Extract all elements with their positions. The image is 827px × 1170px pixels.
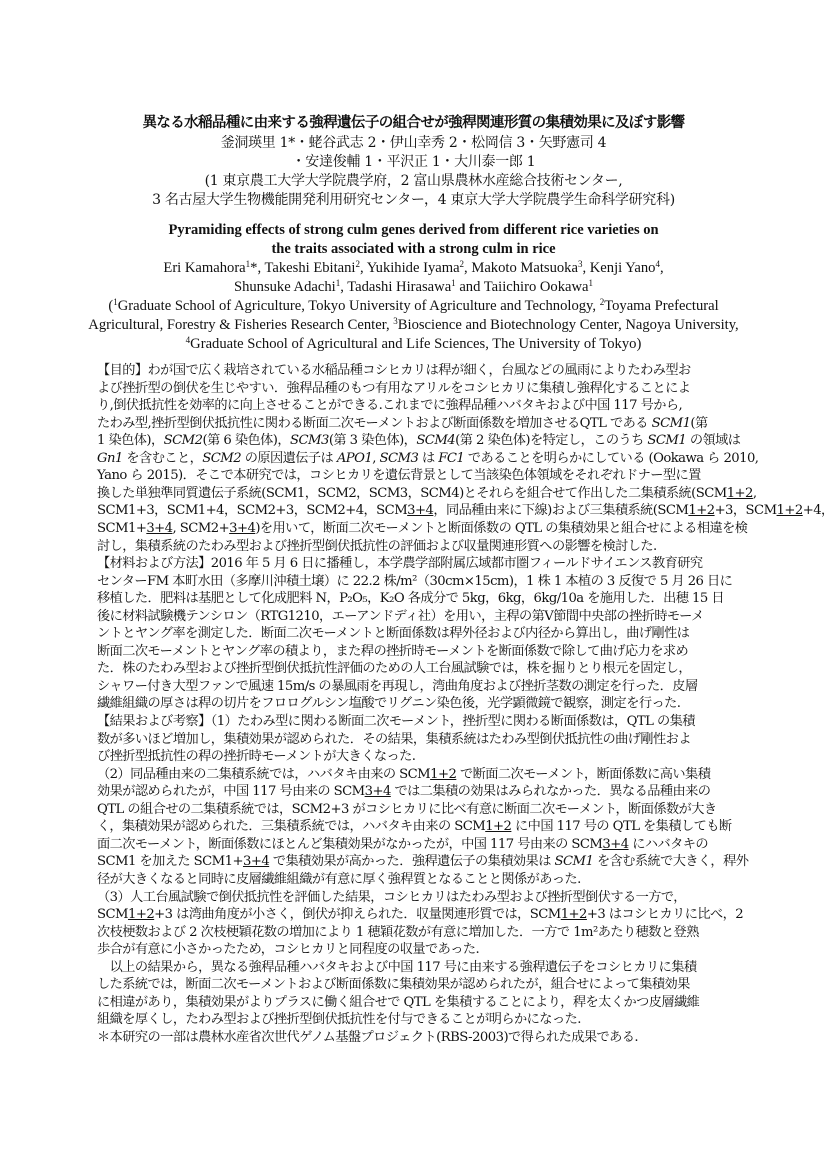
body-text-line: 【結果および考察】（1）たわみ型に関わる断面二次モーメント，挫折型に関わる断面係… (97, 713, 737, 730)
body-text-line: 断面二次モーメントとヤング率の積より，また稈の挫折時モーメントを断面係数で除して… (97, 643, 737, 660)
gene-name-italic: SCM2 (202, 451, 241, 466)
text-segment: 換した単独準同質遺伝子系統(SCM1，SCM2，SCM3，SCM4)とそれらを組… (97, 486, 727, 501)
gene-name-italic: SCM1 (652, 416, 691, 431)
text-segment: を含むこと， (123, 451, 202, 466)
gene-name-italic: SCM2 (164, 433, 203, 448)
text-segment: 討し，集積系統のたわみ型および挫折型倒伏抵抗性の評価および収量関連形質への影響を… (97, 539, 657, 554)
body-text-line: SCM1 を加えた SCM1+3+4 で集積効果が高かった．強稈遺伝子の集積効果… (97, 853, 737, 870)
body-text-line: 次枝梗数および 2 次枝梗穎花数の増加により 1 穂穎花数が有意に増加した．一方… (97, 924, 737, 941)
text-segment: 断面二次モーメントとヤング率の積より，また稈の挫折時モーメントを断面係数で除して… (97, 644, 688, 659)
english-title-line-1: Pyramiding effects of strong culm genes … (0, 222, 827, 239)
text-segment: センターFM 本町水田（多摩川沖積土壌）に 22.2 株/m²（30cm×15c… (97, 574, 732, 589)
text-segment: Toyama Prefectural (604, 298, 718, 314)
body-text-line: 以上の結果から，異なる強稈品種ハバタキおよび中国 117 号に由来する強稈遺伝子… (97, 959, 737, 976)
text-segment: であることを明らかにしている (Ookawa ら 2010, (464, 451, 758, 466)
english-title-line-2: the traits associated with a strong culm… (0, 241, 827, 258)
text-segment: (第 2 染色体)を特定し，このうち (455, 433, 647, 448)
text-segment: 1 染色体)， (97, 433, 164, 448)
text-segment: 次枝梗数および 2 次枝梗穎花数の増加により 1 穂穎花数が有意に増加した．一方… (97, 925, 699, 940)
body-text-line: 面二次モーメント，断面係数にほとんど集積効果がなかったが，中国 117 号由来の… (97, 836, 737, 853)
body-text-line: Gn1 を含むこと，SCM2 の原因遺伝子は APO1, SCM3 は FC1 … (97, 450, 737, 467)
underlined-text: 3+4 (146, 521, 172, 536)
underlined-text: 3+4 (602, 837, 628, 852)
body-text-line: （3）人工台風試験で倒伏抵抗性を評価した結果，コシヒカリはたわみ型および挫折型倒… (97, 889, 737, 906)
body-text-line: SCM1+3+4, SCM2+3+4)を用いて，断面二次モーメントと断面係数の … (97, 520, 737, 537)
underlined-text: 1+2 (727, 486, 753, 501)
text-segment: で集積効果が高かった．強稈遺伝子の集積効果は (269, 854, 554, 869)
text-segment: +3 はコシヒカリに比べ，2 (587, 907, 743, 922)
body-text-line: 後に材料試験機テンシロン（RTG1210，エーアンドディ社）を用い，主稈の第Ⅴ節… (97, 608, 737, 625)
text-segment: た．株のたわみ型および挫折型倒伏抵抗性評価のための人工台風試験では，株を掘りとり… (97, 661, 691, 676)
body-text-line: 討し，集積系統のたわみ型および挫折型倒伏抵抗性の評価および収量関連形質への影響を… (97, 538, 737, 555)
text-segment: Bioscience and Biotechnology Center, Nag… (398, 317, 739, 333)
body-text-line: 【材料および方法】2016 年 5 月 6 日に播種し，本学農学部附属広域都市圏… (97, 555, 737, 572)
text-segment: SCM1+3，SCM1+4，SCM2+3，SCM2+4，SCM (97, 503, 407, 518)
body-text-line: ＊本研究の一部は農林水産省次世代ゲノム基盤プロジェクト(RBS-2003)で得ら… (97, 1029, 737, 1046)
body-text-line: （2）同品種由来の二集積系統では，ハバタキ由来の SCM1+2 で断面二次モーメ… (97, 766, 737, 783)
text-segment: (第 (690, 416, 707, 431)
text-segment: （2）同品種由来の二集積系統では，ハバタキ由来の SCM (97, 767, 430, 782)
text-segment: よび挫折型の倒伏を生じやすい．強稈品種のもつ有用なアリルをコシヒカリに集積し強稈… (97, 381, 690, 396)
body-text-line: SCM1+2+3 は湾曲角度が小さく，倒伏が抑えられた．収量関連形質では，SCM… (97, 906, 737, 923)
text-segment: を含む系統で大きく，稈外 (593, 854, 748, 869)
body-text-line: 径が大きくなると同時に皮層繊維組織が有意に厚く強稈質となることと関係があった. (97, 871, 737, 888)
gene-name-italic: Gn1 (97, 451, 123, 466)
english-affiliations-line-1: (1Graduate School of Agriculture, Tokyo … (0, 298, 827, 315)
japanese-authors-line-2: ・安達俊輔 1・平沢正 1・大川泰一郎 1 (0, 151, 827, 171)
english-authors-line-2: Shunsuke Adachi1, Tadashi Hirasawa1 and … (0, 279, 827, 296)
japanese-affiliations-line-2: 3 名古屋大学生物機能開発利用研究センター，4 東京大学大学院農学生命科学研究科… (0, 189, 827, 209)
text-segment: 数が多いほど増加し，集積効果が認められた．その結果，集積系統はたわみ型倒伏抵抗性… (97, 732, 691, 747)
text-segment: SCM (97, 907, 128, 922)
japanese-title: 異なる水稲品種に由来する強稈遺伝子の組合せが強稈関連形質の集積効果に及ぼす影響 (0, 111, 827, 132)
text-segment: , (372, 451, 379, 466)
japanese-authors-line-1: 釜洞瑛里 1*・蛯谷武志 2・伊山幸秀 2・松岡信 3・矢野憲司 4 (0, 132, 827, 152)
text-segment: （3）人工台風試験で倒伏抵抗性を評価した結果，コシヒカリはたわみ型および挫折型倒… (97, 890, 686, 905)
body-text-line: く，集積効果が認められた．三集積系統では，ハバタキ由来の SCM1+2 に中国 … (97, 818, 737, 835)
text-segment: で断面二次モーメント，断面係数に高い集積 (456, 767, 710, 782)
text-segment: 以上の結果から，異なる強稈品種ハバタキおよび中国 117 号に由来する強稈遺伝子… (97, 960, 697, 975)
body-text-line: 移植した．肥料は基肥として化成肥料 N，P₂O₅，K₂O 各成分で 5kg，6k… (97, 590, 737, 607)
text-segment: 径が大きくなると同時に皮層繊維組織が有意に厚く強稈質となることと関係があった. (97, 872, 581, 887)
text-segment: の原因遺伝子は (241, 451, 337, 466)
text-segment: では二集積の効果はみられなかった．異なる品種由来の (391, 784, 711, 799)
text-segment: Graduate School of Agriculture, Tokyo Un… (118, 298, 600, 314)
text-segment: Eri Kamahora (163, 260, 245, 276)
body-text-line: 数が多いほど増加し，集積効果が認められた．その結果，集積系統はたわみ型倒伏抵抗性… (97, 731, 737, 748)
gene-name-italic: SCM4 (416, 433, 455, 448)
underlined-text: 1+2 (485, 819, 511, 834)
text-segment: 後に材料試験機テンシロン（RTG1210，エーアンドディ社）を用い，主稈の第Ⅴ節… (97, 609, 704, 624)
text-segment: , (660, 260, 664, 276)
text-segment: く，集積効果が認められた．三集積系統では，ハバタキ由来の SCM (97, 819, 485, 834)
text-segment: SCM1 を加えた SCM1+ (97, 854, 243, 869)
body-text-line: SCM1+3，SCM1+4，SCM2+3，SCM2+4，SCM3+4，同品種由来… (97, 502, 737, 519)
text-segment: Yano ら 2015)．そこで本研究では，コシヒカリを遺伝背景として当該染色体… (97, 468, 701, 483)
text-segment: 移植した．肥料は基肥として化成肥料 N，P₂O₅，K₂O 各成分で 5kg，6k… (97, 591, 724, 606)
text-segment: ントとヤング率を測定した．断面二次モーメントと断面係数は稈外径および内径から算出… (97, 626, 689, 641)
text-segment: にハバタキの (629, 837, 708, 852)
body-text-line: センターFM 本町水田（多摩川沖積土壌）に 22.2 株/m²（30cm×15c… (97, 573, 737, 590)
text-segment: たわみ型,挫折型倒伏抵抗性に関わる断面二次モーメントおよび断面係数を増加させるQ… (97, 416, 652, 431)
text-segment: )を用いて，断面二次モーメントと断面係数の QTL の集積効果と組合せによる相違… (255, 521, 747, 536)
body-text-line: QTL の組合せの二集積系統では，SCM2+3 がコシヒカリに比べ有意に断面二次… (97, 801, 737, 818)
text-segment: (第 6 染色体)， (202, 433, 290, 448)
text-segment: +4， (803, 503, 827, 518)
text-segment: +3，SCM (715, 503, 777, 518)
text-segment: した系統では，断面二次モーメントおよび断面係数に集積効果が認められたが，組合せに… (97, 977, 690, 992)
text-segment: に相違があり，集積効果がよりプラスに働く組合せで QTL を集積することにより，… (97, 995, 699, 1010)
body-text-line: び挫折型抵抗性の稈の挫折時モーメントが大きくなった. (97, 748, 737, 765)
text-segment: ，同品種由来に下線)および三集積系統(SCM (433, 503, 688, 518)
body-text-line: 1 染色体)，SCM2(第 6 染色体)，SCM3(第 3 染色体)，SCM4(… (97, 432, 737, 449)
text-segment: (第 3 染色体)， (329, 433, 417, 448)
body-text-line: 【目的】わが国で広く栽培されている水稲品種コシヒカリは稈が細く，台風などの風雨に… (97, 362, 737, 379)
gene-name-italic: SCM1 (554, 854, 593, 869)
underlined-text: 1+2 (430, 767, 456, 782)
text-segment: の領域は (686, 433, 740, 448)
gene-name-italic: SCM3 (290, 433, 329, 448)
paper-page: 異なる水稲品種に由来する強稈遺伝子の組合せが強稈関連形質の集積効果に及ぼす影響 … (0, 0, 827, 1170)
body-text-line: た．株のたわみ型および挫折型倒伏抵抗性評価のための人工台風試験では，株を掘りとり… (97, 660, 737, 677)
underlined-text: 3+4 (407, 503, 433, 518)
english-affiliations-line-2: Agricultural, Forestry & Fisheries Resea… (0, 317, 827, 334)
text-segment: に中国 117 号の QTL を集積しても断 (511, 819, 731, 834)
underlined-text: 1+2 (561, 907, 587, 922)
body-text-line: Yano ら 2015)．そこで本研究では，コシヒカリを遺伝背景として当該染色体… (97, 467, 737, 484)
text-segment: , Tadashi Hirasawa (340, 279, 451, 295)
text-segment: び挫折型抵抗性の稈の挫折時モーメントが大きくなった. (97, 749, 415, 764)
text-segment: 面二次モーメント，断面係数にほとんど集積効果がなかったが，中国 117 号由来の… (97, 837, 602, 852)
text-segment: and Taiichiro Ookawa (456, 279, 589, 295)
body-text-line: に相違があり，集積効果がよりプラスに働く組合せで QTL を集積することにより，… (97, 994, 737, 1011)
gene-name-italic: APO1 (337, 451, 372, 466)
text-segment: Agricultural, Forestry & Fisheries Resea… (88, 317, 393, 333)
text-segment: 効果が認められたが，中国 117 号由来の SCM (97, 784, 365, 799)
text-segment: ＊本研究の一部は農林水産省次世代ゲノム基盤プロジェクト(RBS-2003)で得ら… (97, 1030, 638, 1045)
underlined-text: 1+2 (128, 907, 154, 922)
body-text-line: 歩合が有意に小さかったため，コシヒカリと同程度の収量であった. (97, 941, 737, 958)
text-segment: , Yukihide Iyama (360, 260, 460, 276)
text-segment: , Kenji Yano (582, 260, 655, 276)
body-text-line: よび挫折型の倒伏を生じやすい．強稈品種のもつ有用なアリルをコシヒカリに集積し強稈… (97, 380, 737, 397)
underlined-text: 1+2 (688, 503, 714, 518)
superscript-marker: 1 (589, 278, 594, 288)
text-segment: 繊維組織の厚さは稈の切片をフロログルシン塩酸でリグニン染色後，光学顕微鏡で観察，… (97, 696, 680, 711)
body-text-line: シャワー付き大型ファンで風速 15m/s の暴風雨を再現し，湾曲角度および挫折茎… (97, 678, 737, 695)
text-segment: *, Takeshi Ebitani (250, 260, 355, 276)
text-segment: シャワー付き大型ファンで風速 15m/s の暴風雨を再現し，湾曲角度および挫折茎… (97, 679, 698, 694)
body-text-line: 繊維組織の厚さは稈の切片をフロログルシン塩酸でリグニン染色後，光学顕微鏡で観察，… (97, 695, 737, 712)
text-segment: 【目的】わが国で広く栽培されている水稲品種コシヒカリは稈が細く，台風などの風雨に… (97, 363, 691, 378)
underlined-text: 3+4 (229, 521, 255, 536)
underlined-text: 3+4 (243, 854, 269, 869)
japanese-affiliations-line-1: (1 東京農工大学大学院農学府，2 富山県農林水産総合技術センター, (0, 170, 827, 190)
body-text-line: 組織を厚くし，たわみ型および挫折型倒伏抵抗性を付与できることが明らかになった. (97, 1011, 737, 1028)
text-segment: , (753, 486, 757, 501)
text-segment: 組織を厚くし，たわみ型および挫折型倒伏抵抗性を付与できることが明らかになった. (97, 1012, 581, 1027)
underlined-text: 1+2 (777, 503, 803, 518)
body-text-line: ントとヤング率を測定した．断面二次モーメントと断面係数は稈外径および内径から算出… (97, 625, 737, 642)
body-text-line: した系統では，断面二次モーメントおよび断面係数に集積効果が認められたが，組合せに… (97, 976, 737, 993)
body-text-line: たわみ型,挫折型倒伏抵抗性に関わる断面二次モーメントおよび断面係数を増加させるQ… (97, 415, 737, 432)
text-segment: Graduate School of Agricultural and Life… (190, 336, 641, 352)
text-segment: SCM1+ (97, 521, 146, 536)
gene-name-italic: SCM3 (380, 451, 419, 466)
text-segment: , Makoto Matsuoka (464, 260, 578, 276)
text-segment: 【材料および方法】2016 年 5 月 6 日に播種し，本学農学部附属広域都市圏… (97, 556, 703, 571)
underlined-text: 3+4 (365, 784, 391, 799)
text-segment: QTL の組合せの二集積系統では，SCM2+3 がコシヒカリに比べ有意に断面二次… (97, 802, 717, 817)
gene-name-italic: FC1 (438, 451, 464, 466)
text-segment: 歩合が有意に小さかったため，コシヒカリと同程度の収量であった. (97, 942, 479, 957)
body-text-line: 換した単独準同質遺伝子系統(SCM1，SCM2，SCM3，SCM4)とそれらを組… (97, 485, 737, 502)
body-text-line: 効果が認められたが，中国 117 号由来の SCM3+4 では二集積の効果はみら… (97, 783, 737, 800)
english-affiliations-line-3: 4Graduate School of Agricultural and Lif… (0, 336, 827, 353)
english-authors-line-1: Eri Kamahora1*, Takeshi Ebitani2, Yukihi… (0, 260, 827, 277)
text-segment: +3 は湾曲角度が小さく，倒伏が抑えられた．収量関連形質では，SCM (154, 907, 561, 922)
text-segment: , SCM2+ (173, 521, 230, 536)
text-segment: は (418, 451, 438, 466)
text-segment: Shunsuke Adachi (234, 279, 336, 295)
text-segment: り,倒伏抵抗性を効率的に向上させることができる.これまでに強稈品種ハバタキおよび… (97, 398, 682, 413)
body-text-line: り,倒伏抵抗性を効率的に向上させることができる.これまでに強稈品種ハバタキおよび… (97, 397, 737, 414)
text-segment: 【結果および考察】（1）たわみ型に関わる断面二次モーメント，挫折型に関わる断面係… (97, 714, 695, 729)
gene-name-italic: SCM1 (647, 433, 686, 448)
